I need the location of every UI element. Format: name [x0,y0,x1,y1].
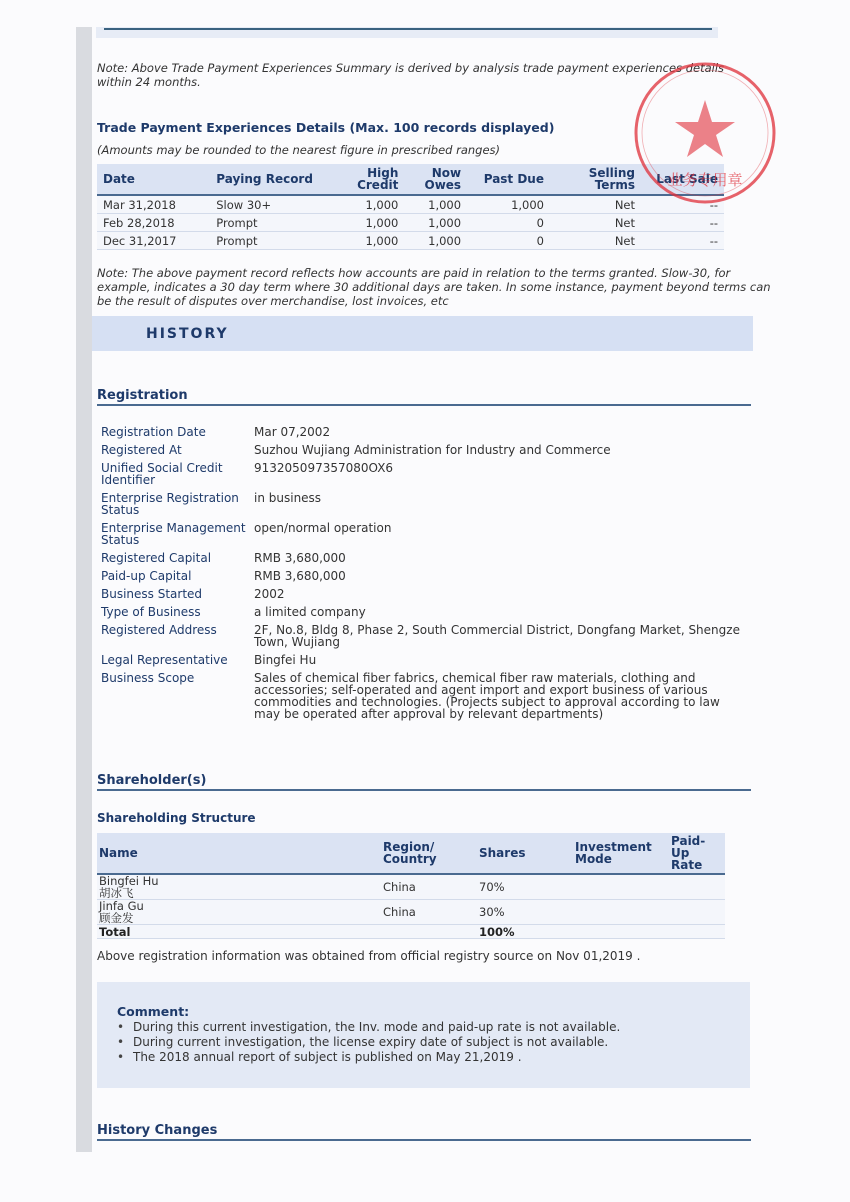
registration-value: RMB 3,680,000 [254,552,741,564]
empty-cell [669,925,725,939]
col-paid-up-rate: Paid-UpRate [669,833,725,874]
registration-row: Enterprise Registration Statusin busines… [101,492,741,516]
col-high-credit: HighCredit [342,164,405,195]
cell-past-due: 0 [467,232,550,250]
registration-value: Mar 07,2002 [254,426,741,438]
cell-investment-mode [573,900,669,925]
registration-label: Business Scope [101,672,254,720]
cell-high-credit: 1,000 [342,214,405,232]
col-past-due: Past Due [467,164,550,195]
cell-last-sale: -- [641,232,724,250]
total-row: Total100% [97,925,725,939]
registration-label: Paid-up Capital [101,570,254,582]
payment-record-note: Note: The above payment record reflects … [97,266,787,308]
history-heading: HISTORY [146,326,229,342]
registration-row: Unified Social Credit Identifier91320509… [101,462,741,486]
cell-past-due: 1,000 [467,195,550,214]
registration-label: Type of Business [101,606,254,618]
cell-shares: 30% [477,900,573,925]
comment-box: Comment: During this current investigati… [97,982,750,1088]
cell-paid-up-rate [669,874,725,900]
col-region: Region/Country [381,833,477,874]
table-header-row: Name Region/Country Shares InvestmentMod… [97,833,725,874]
registration-row: Enterprise Management Statusopen/normal … [101,522,741,546]
registration-value: 2F, No.8, Bldg 8, Phase 2, South Commerc… [254,624,741,648]
col-date: Date [97,164,210,195]
col-shares: Shares [477,833,573,874]
cell-region: China [381,874,477,900]
cell-high-credit: 1,000 [342,195,405,214]
table-row: Jinfa Gu顾金发China30% [97,900,725,925]
cell-investment-mode [573,874,669,900]
total-label: Total [97,925,381,939]
cell-now-owes: 1,000 [404,232,467,250]
history-section-band: HISTORY [92,316,753,351]
comment-item: The 2018 annual report of subject is pub… [133,1050,620,1065]
registration-value: 2002 [254,588,741,600]
registration-label: Registration Date [101,426,254,438]
cell-date: Feb 28,2018 [97,214,210,232]
cell-past-due: 0 [467,214,550,232]
previous-section-strip [96,27,718,38]
trade-payment-table: Date Paying Record HighCredit NowOwes Pa… [97,164,724,250]
history-changes-heading: History Changes [97,1123,751,1141]
registration-label: Enterprise Registration Status [101,492,254,516]
registration-row: Registration DateMar 07,2002 [101,426,741,438]
col-paying-record: Paying Record [210,164,341,195]
cell-paying-record: Prompt [210,232,341,250]
cell-date: Dec 31,2017 [97,232,210,250]
cell-last-sale: -- [641,195,724,214]
table-header-row: Date Paying Record HighCredit NowOwes Pa… [97,164,724,195]
registration-row: Legal RepresentativeBingfei Hu [101,654,741,666]
col-last-sale: Last Sale [641,164,724,195]
registration-label: Legal Representative [101,654,254,666]
registration-row: Registered AtSuzhou Wujiang Administrati… [101,444,741,456]
registration-value: Suzhou Wujiang Administration for Indust… [254,444,741,456]
registration-heading: Registration [97,388,751,406]
registration-row: Type of Businessa limited company [101,606,741,618]
cell-paying-record: Prompt [210,214,341,232]
registration-label: Business Started [101,588,254,600]
registration-label: Registered Capital [101,552,254,564]
registration-row: Business Started2002 [101,588,741,600]
shareholding-structure-title: Shareholding Structure [97,811,256,825]
registration-row: Registered CapitalRMB 3,680,000 [101,552,741,564]
table-row: Dec 31,2017Prompt1,0001,0000Net-- [97,232,724,250]
cell-selling-terms: Net [550,195,641,214]
comment-title: Comment: [117,1004,189,1019]
cell-shares: 70% [477,874,573,900]
registration-row: Registered Address2F, No.8, Bldg 8, Phas… [101,624,741,648]
table-row: Mar 31,2018Slow 30+1,0001,0001,000Net-- [97,195,724,214]
comment-item: During this current investigation, the I… [133,1020,620,1035]
cell-paying-record: Slow 30+ [210,195,341,214]
registration-value: 913205097357080OX6 [254,462,741,486]
registration-label: Enterprise Management Status [101,522,254,546]
cell-high-credit: 1,000 [342,232,405,250]
cell-now-owes: 1,000 [404,195,467,214]
registration-value: open/normal operation [254,522,741,546]
registration-list: Registration DateMar 07,2002Registered A… [101,426,741,726]
cell-now-owes: 1,000 [404,214,467,232]
registration-value: RMB 3,680,000 [254,570,741,582]
cell-name: Bingfei Hu胡冰飞 [97,874,381,900]
cell-selling-terms: Net [550,232,641,250]
registration-label: Registered Address [101,624,254,648]
registration-value: a limited company [254,606,741,618]
trade-payment-subtitle: (Amounts may be rounded to the nearest f… [97,143,500,157]
registration-row: Paid-up CapitalRMB 3,680,000 [101,570,741,582]
shareholders-heading: Shareholder(s) [97,773,751,791]
trade-payment-title: Trade Payment Experiences Details (Max. … [97,120,554,135]
summary-note: Note: Above Trade Payment Experiences Su… [97,61,757,89]
registration-value: in business [254,492,741,516]
total-shares: 100% [477,925,573,939]
registration-value: Bingfei Hu [254,654,741,666]
empty-cell [573,925,669,939]
section-rule [104,28,712,30]
registration-label: Registered At [101,444,254,456]
cell-date: Mar 31,2018 [97,195,210,214]
cell-name: Jinfa Gu顾金发 [97,900,381,925]
table-row: Bingfei Hu胡冰飞China70% [97,874,725,900]
cell-last-sale: -- [641,214,724,232]
col-now-owes: NowOwes [404,164,467,195]
comment-item: During current investigation, the licens… [133,1035,620,1050]
registration-value: Sales of chemical fiber fabrics, chemica… [254,672,741,720]
shareholding-table: Name Region/Country Shares InvestmentMod… [97,833,725,939]
comment-list: During this current investigation, the I… [97,1020,620,1065]
registration-row: Business ScopeSales of chemical fiber fa… [101,672,741,720]
page-margin-bar [76,27,92,1152]
registry-source-note: Above registration information was obtai… [97,949,640,963]
cell-region: China [381,900,477,925]
empty-cell [381,925,477,939]
cell-paid-up-rate [669,900,725,925]
table-row: Feb 28,2018Prompt1,0001,0000Net-- [97,214,724,232]
col-selling-terms: SellingTerms [550,164,641,195]
col-name: Name [97,833,381,874]
cell-selling-terms: Net [550,214,641,232]
registration-label: Unified Social Credit Identifier [101,462,254,486]
col-investment-mode: InvestmentMode [573,833,669,874]
